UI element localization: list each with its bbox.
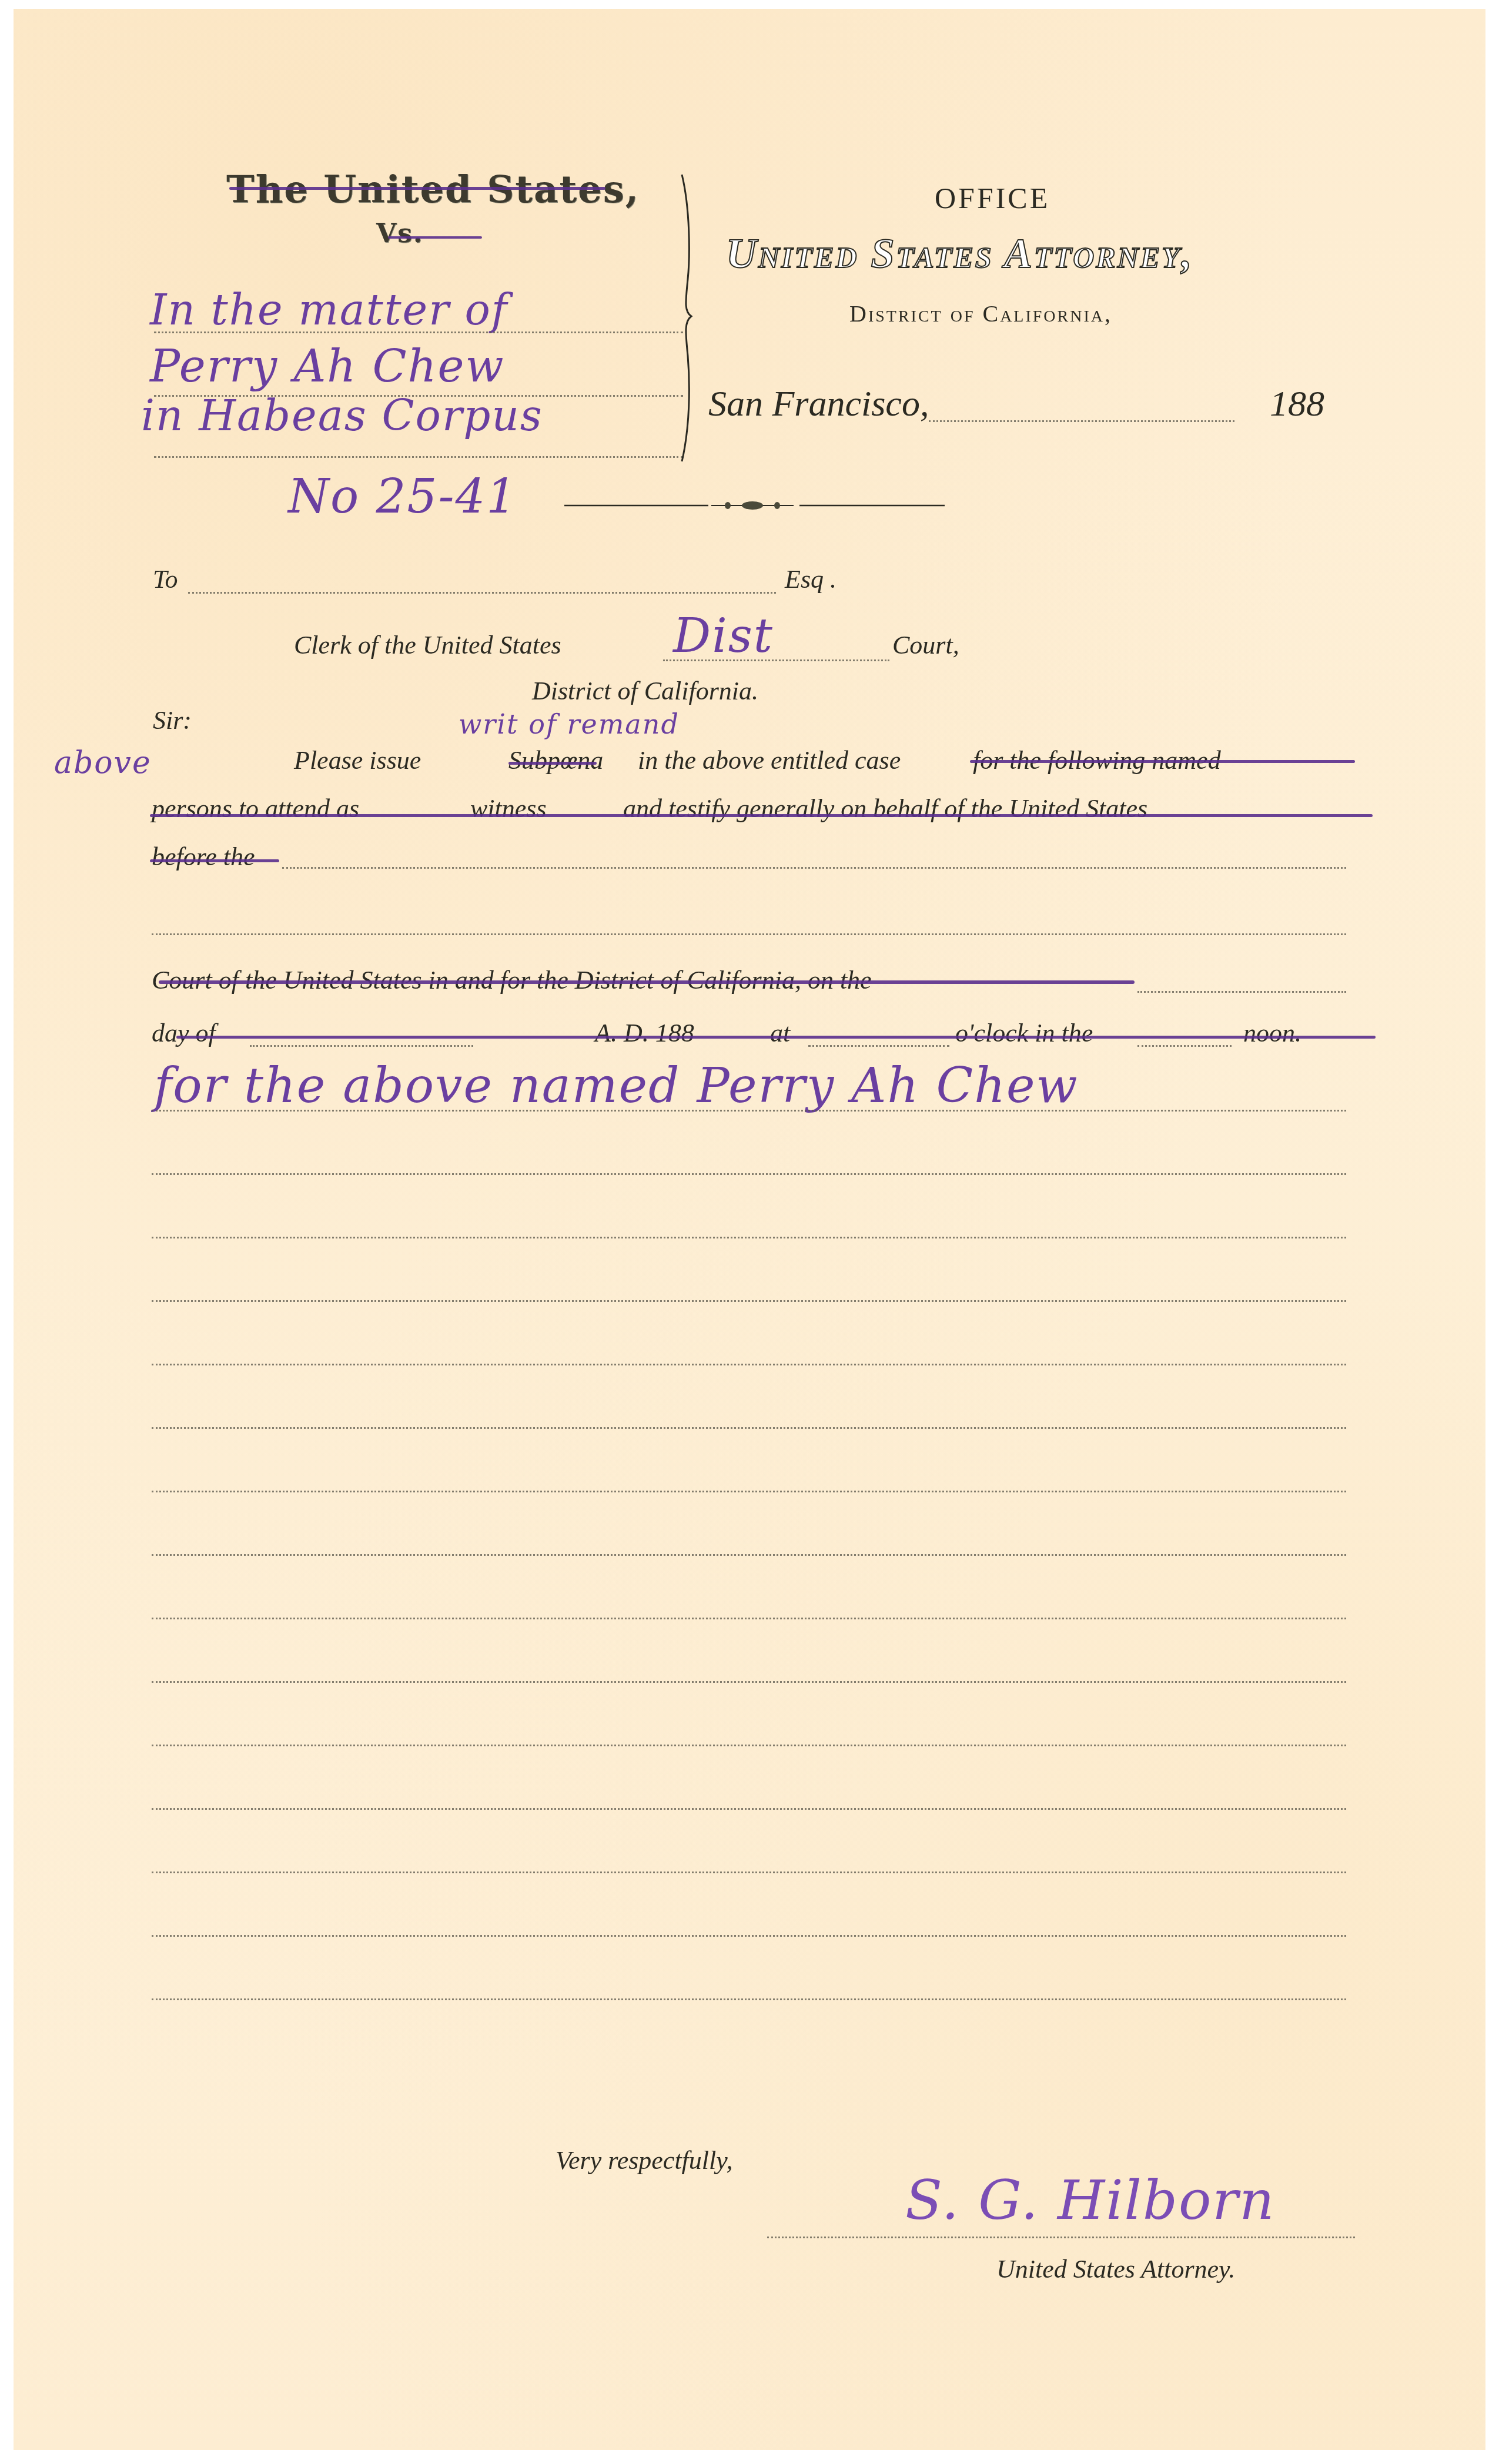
vs-strikethrough bbox=[388, 236, 482, 239]
salutation: Sir: bbox=[153, 705, 192, 735]
signature-rule bbox=[767, 2237, 1355, 2238]
ad-188: A. D. 188 bbox=[595, 1018, 694, 1048]
before-strikethrough bbox=[150, 859, 279, 862]
matter-line-1: In the matter of bbox=[150, 285, 508, 334]
day-of: day of bbox=[152, 1018, 216, 1048]
year-prefix: 188 bbox=[1270, 383, 1324, 425]
ruled-line bbox=[152, 1745, 1346, 1746]
esq-label: Esq . bbox=[785, 564, 837, 594]
persons-strikethrough bbox=[150, 814, 1373, 817]
handwritten-for-above-named: for the above named Perry Ah Chew bbox=[154, 1058, 1079, 1114]
matter-line-2: Perry Ah Chew bbox=[150, 340, 505, 392]
please-issue: Please issue bbox=[294, 745, 421, 775]
interlined-writ-of-remand: writ of remand bbox=[459, 708, 680, 740]
matter-rule-1 bbox=[154, 332, 683, 333]
subpoena-strikethrough bbox=[508, 762, 597, 765]
very-respectfully: Very respectfully, bbox=[556, 2145, 732, 2175]
rule-at bbox=[808, 1045, 949, 1047]
ruled-line bbox=[152, 1173, 1346, 1175]
testify-generally: and testify generally on behalf of the U… bbox=[623, 794, 1147, 823]
ruled-line bbox=[152, 1808, 1346, 1810]
case-number: No 25-41 bbox=[288, 469, 517, 524]
office-label: OFFICE bbox=[935, 181, 1050, 215]
rule-blank bbox=[152, 933, 1346, 935]
caption-strikethrough bbox=[229, 187, 605, 190]
ruled-line bbox=[152, 1935, 1346, 1937]
place-label: San Francisco, bbox=[708, 383, 929, 425]
following-strikethrough bbox=[970, 760, 1355, 763]
to-rule bbox=[188, 592, 776, 594]
subpoena-struck: Subpœna bbox=[508, 745, 603, 775]
ornamental-rule bbox=[561, 498, 949, 513]
margin-note-above: above bbox=[54, 745, 152, 781]
matter-rule-3 bbox=[154, 456, 683, 458]
rule-court bbox=[1137, 991, 1346, 993]
signature: S. G. Hilborn bbox=[905, 2169, 1276, 2232]
ruled-line bbox=[152, 1872, 1346, 1873]
clerk-court-rule bbox=[663, 659, 889, 661]
clerk-prefix: Clerk of the United States bbox=[294, 630, 561, 660]
district-header: District of California, bbox=[849, 300, 1112, 327]
us-attorney-title: United States Attorney, bbox=[726, 229, 1194, 278]
persons-to-attend: persons to attend as bbox=[152, 794, 359, 823]
ruled-line bbox=[152, 1491, 1346, 1492]
day-strikethrough bbox=[176, 1036, 1376, 1039]
vs-label: Vs. bbox=[376, 219, 423, 249]
matter-line-3: in Habeas Corpus bbox=[141, 391, 543, 440]
oclock-in-the: o'clock in the bbox=[955, 1018, 1093, 1048]
ruled-line bbox=[152, 1427, 1346, 1429]
in-the-above-entitled: in the above entitled case bbox=[638, 745, 901, 775]
clerk-court-handwritten: Dist bbox=[673, 608, 774, 663]
rule-before-the bbox=[282, 867, 1346, 869]
ruled-line bbox=[152, 1554, 1346, 1556]
ruled-line bbox=[152, 1364, 1346, 1365]
ruled-line bbox=[152, 1110, 1346, 1112]
before-the: before the bbox=[152, 842, 255, 872]
attorney-title: United States Attorney. bbox=[996, 2254, 1235, 2284]
rule-day bbox=[250, 1045, 473, 1047]
noon-label: noon. bbox=[1243, 1018, 1301, 1048]
court-suffix: Court, bbox=[892, 630, 959, 660]
ruled-line bbox=[152, 1300, 1346, 1302]
at-label: at bbox=[770, 1018, 790, 1048]
court-strikethrough bbox=[159, 980, 1135, 984]
ruled-line bbox=[152, 1618, 1346, 1619]
witness-label: witness bbox=[470, 794, 547, 823]
ruled-line bbox=[152, 1237, 1346, 1238]
brace-divider bbox=[670, 173, 705, 464]
to-label: To bbox=[153, 564, 178, 594]
rule-oclock bbox=[1137, 1045, 1232, 1047]
district-line: District of California. bbox=[532, 676, 758, 706]
date-rule bbox=[929, 420, 1234, 422]
ruled-line bbox=[152, 1681, 1346, 1683]
ruled-line bbox=[152, 1998, 1346, 2000]
